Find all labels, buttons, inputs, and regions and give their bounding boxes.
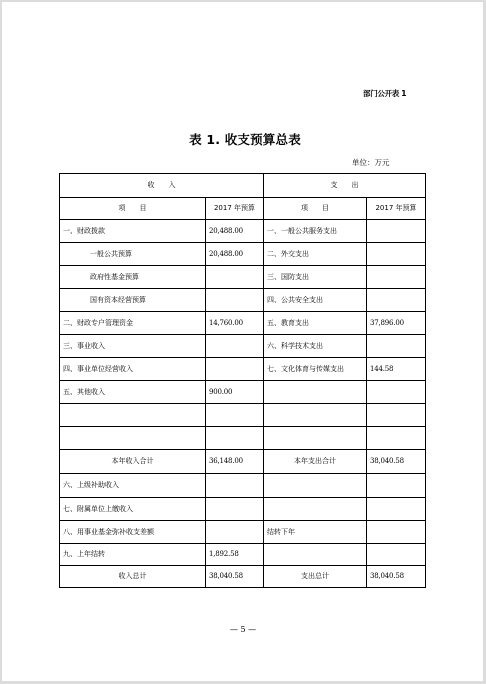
income-subtotal-label: 本年收入合计	[60, 450, 206, 474]
document-tag: 部门公开表 1	[363, 88, 423, 99]
income-value	[206, 521, 264, 544]
income-value	[206, 474, 264, 498]
expense-item: 结转下年	[264, 521, 367, 544]
income-value	[206, 266, 264, 289]
income-item: 政府性基金预算	[60, 266, 206, 289]
expense-item: 七、文化体育与传媒支出	[264, 358, 367, 381]
expense-item: 四、公共安全支出	[264, 289, 367, 312]
expense-value	[367, 266, 426, 289]
table-row: 六、上级补助收入	[60, 474, 426, 498]
expense-item: 一、一般公共服务支出	[264, 220, 367, 243]
table-row	[60, 427, 426, 450]
income-value	[206, 335, 264, 358]
expense-value	[367, 220, 426, 243]
income-item: 七、附属单位上缴收入	[60, 498, 206, 521]
income-total-value: 38,040.58	[206, 566, 264, 588]
table-row: 九、上年结转 1,892.58	[60, 544, 426, 566]
income-value: 1,892.58	[206, 544, 264, 566]
expense-value	[367, 498, 426, 521]
expense-budget-column-header: 2017 年预算	[367, 198, 426, 220]
table-row: 七、附属单位上缴收入	[60, 498, 426, 521]
income-total-label: 收入总计	[60, 566, 206, 588]
income-item: 九、上年结转	[60, 544, 206, 566]
table-total-row: 收入总计 38,040.58 支出总计 38,040.58	[60, 566, 426, 588]
table-row: 一般公共预算 20,488.00 二、外交支出	[60, 243, 426, 266]
income-item: 五、其他收入	[60, 381, 206, 404]
table-column-header-row: 项 目 2017 年预算 项 目 2017 年预算	[60, 198, 426, 220]
table-group-header-row: 收 入 支 出	[60, 174, 426, 198]
expense-subtotal-label: 本年支出合计	[264, 450, 367, 474]
page-number: — 5 —	[0, 625, 486, 634]
income-header: 收 入	[60, 174, 264, 198]
income-value: 14,760.00	[206, 312, 264, 335]
income-item	[60, 427, 206, 450]
page-title: 表 1. 收支预算总表	[2, 130, 486, 148]
expense-value	[367, 427, 426, 450]
income-item: 一、财政拨款	[60, 220, 206, 243]
expense-header: 支 出	[264, 174, 426, 198]
income-value	[206, 427, 264, 450]
table-row: 八、用事业基金弥补收支差额 结转下年	[60, 521, 426, 544]
table-row	[60, 404, 426, 427]
expense-item: 三、国防支出	[264, 266, 367, 289]
income-value: 20,488.00	[206, 220, 264, 243]
income-item: 六、上级补助收入	[60, 474, 206, 498]
expense-item	[264, 427, 367, 450]
table-row: 四、事业单位经营收入 七、文化体育与传媒支出 144.58	[60, 358, 426, 381]
table-row: 三、事业收入 六、科学技术支出	[60, 335, 426, 358]
income-item-column-header: 项 目	[60, 198, 206, 220]
income-item: 二、财政专户管理资金	[60, 312, 206, 335]
expense-subtotal-value: 38,040.58	[367, 450, 426, 474]
expense-item	[264, 474, 367, 498]
expense-item: 五、教育支出	[264, 312, 367, 335]
income-item: 八、用事业基金弥补收支差额	[60, 521, 206, 544]
expense-item: 六、科学技术支出	[264, 335, 367, 358]
table-subtotal-row: 本年收入合计 36,148.00 本年支出合计 38,040.58	[60, 450, 426, 474]
income-item: 国有资本经营预算	[60, 289, 206, 312]
expense-item-column-header: 项 目	[264, 198, 367, 220]
income-value	[206, 404, 264, 427]
expense-value	[367, 289, 426, 312]
income-value: 900.00	[206, 381, 264, 404]
expense-item	[264, 404, 367, 427]
income-item: 一般公共预算	[60, 243, 206, 266]
expense-value	[367, 521, 426, 544]
table-row: 五、其他收入 900.00	[60, 381, 426, 404]
expense-value	[367, 243, 426, 266]
income-item: 三、事业收入	[60, 335, 206, 358]
expense-item: 二、外交支出	[264, 243, 367, 266]
table-row: 国有资本经营预算 四、公共安全支出	[60, 289, 426, 312]
table-row: 政府性基金预算 三、国防支出	[60, 266, 426, 289]
income-item: 四、事业单位经营收入	[60, 358, 206, 381]
budget-summary-table: 收 入 支 出 项 目 2017 年预算 项 目 2017 年预算 一、财政拨款…	[59, 173, 426, 588]
expense-item	[264, 381, 367, 404]
expense-item	[264, 544, 367, 566]
expense-value	[367, 335, 426, 358]
expense-value	[367, 404, 426, 427]
unit-label: 单位：万元	[352, 157, 390, 168]
expense-value: 144.58	[367, 358, 426, 381]
income-value	[206, 498, 264, 521]
income-value	[206, 289, 264, 312]
expense-value	[367, 544, 426, 566]
income-item	[60, 404, 206, 427]
expense-value: 37,896.00	[367, 312, 426, 335]
expense-value	[367, 381, 426, 404]
table-row: 二、财政专户管理资金 14,760.00 五、教育支出 37,896.00	[60, 312, 426, 335]
income-subtotal-value: 36,148.00	[206, 450, 264, 474]
expense-item	[264, 498, 367, 521]
expense-value	[367, 474, 426, 498]
income-value	[206, 358, 264, 381]
expense-total-label: 支出总计	[264, 566, 367, 588]
income-budget-column-header: 2017 年预算	[206, 198, 264, 220]
expense-total-value: 38,040.58	[367, 566, 426, 588]
table-row: 一、财政拨款 20,488.00 一、一般公共服务支出	[60, 220, 426, 243]
income-value: 20,488.00	[206, 243, 264, 266]
